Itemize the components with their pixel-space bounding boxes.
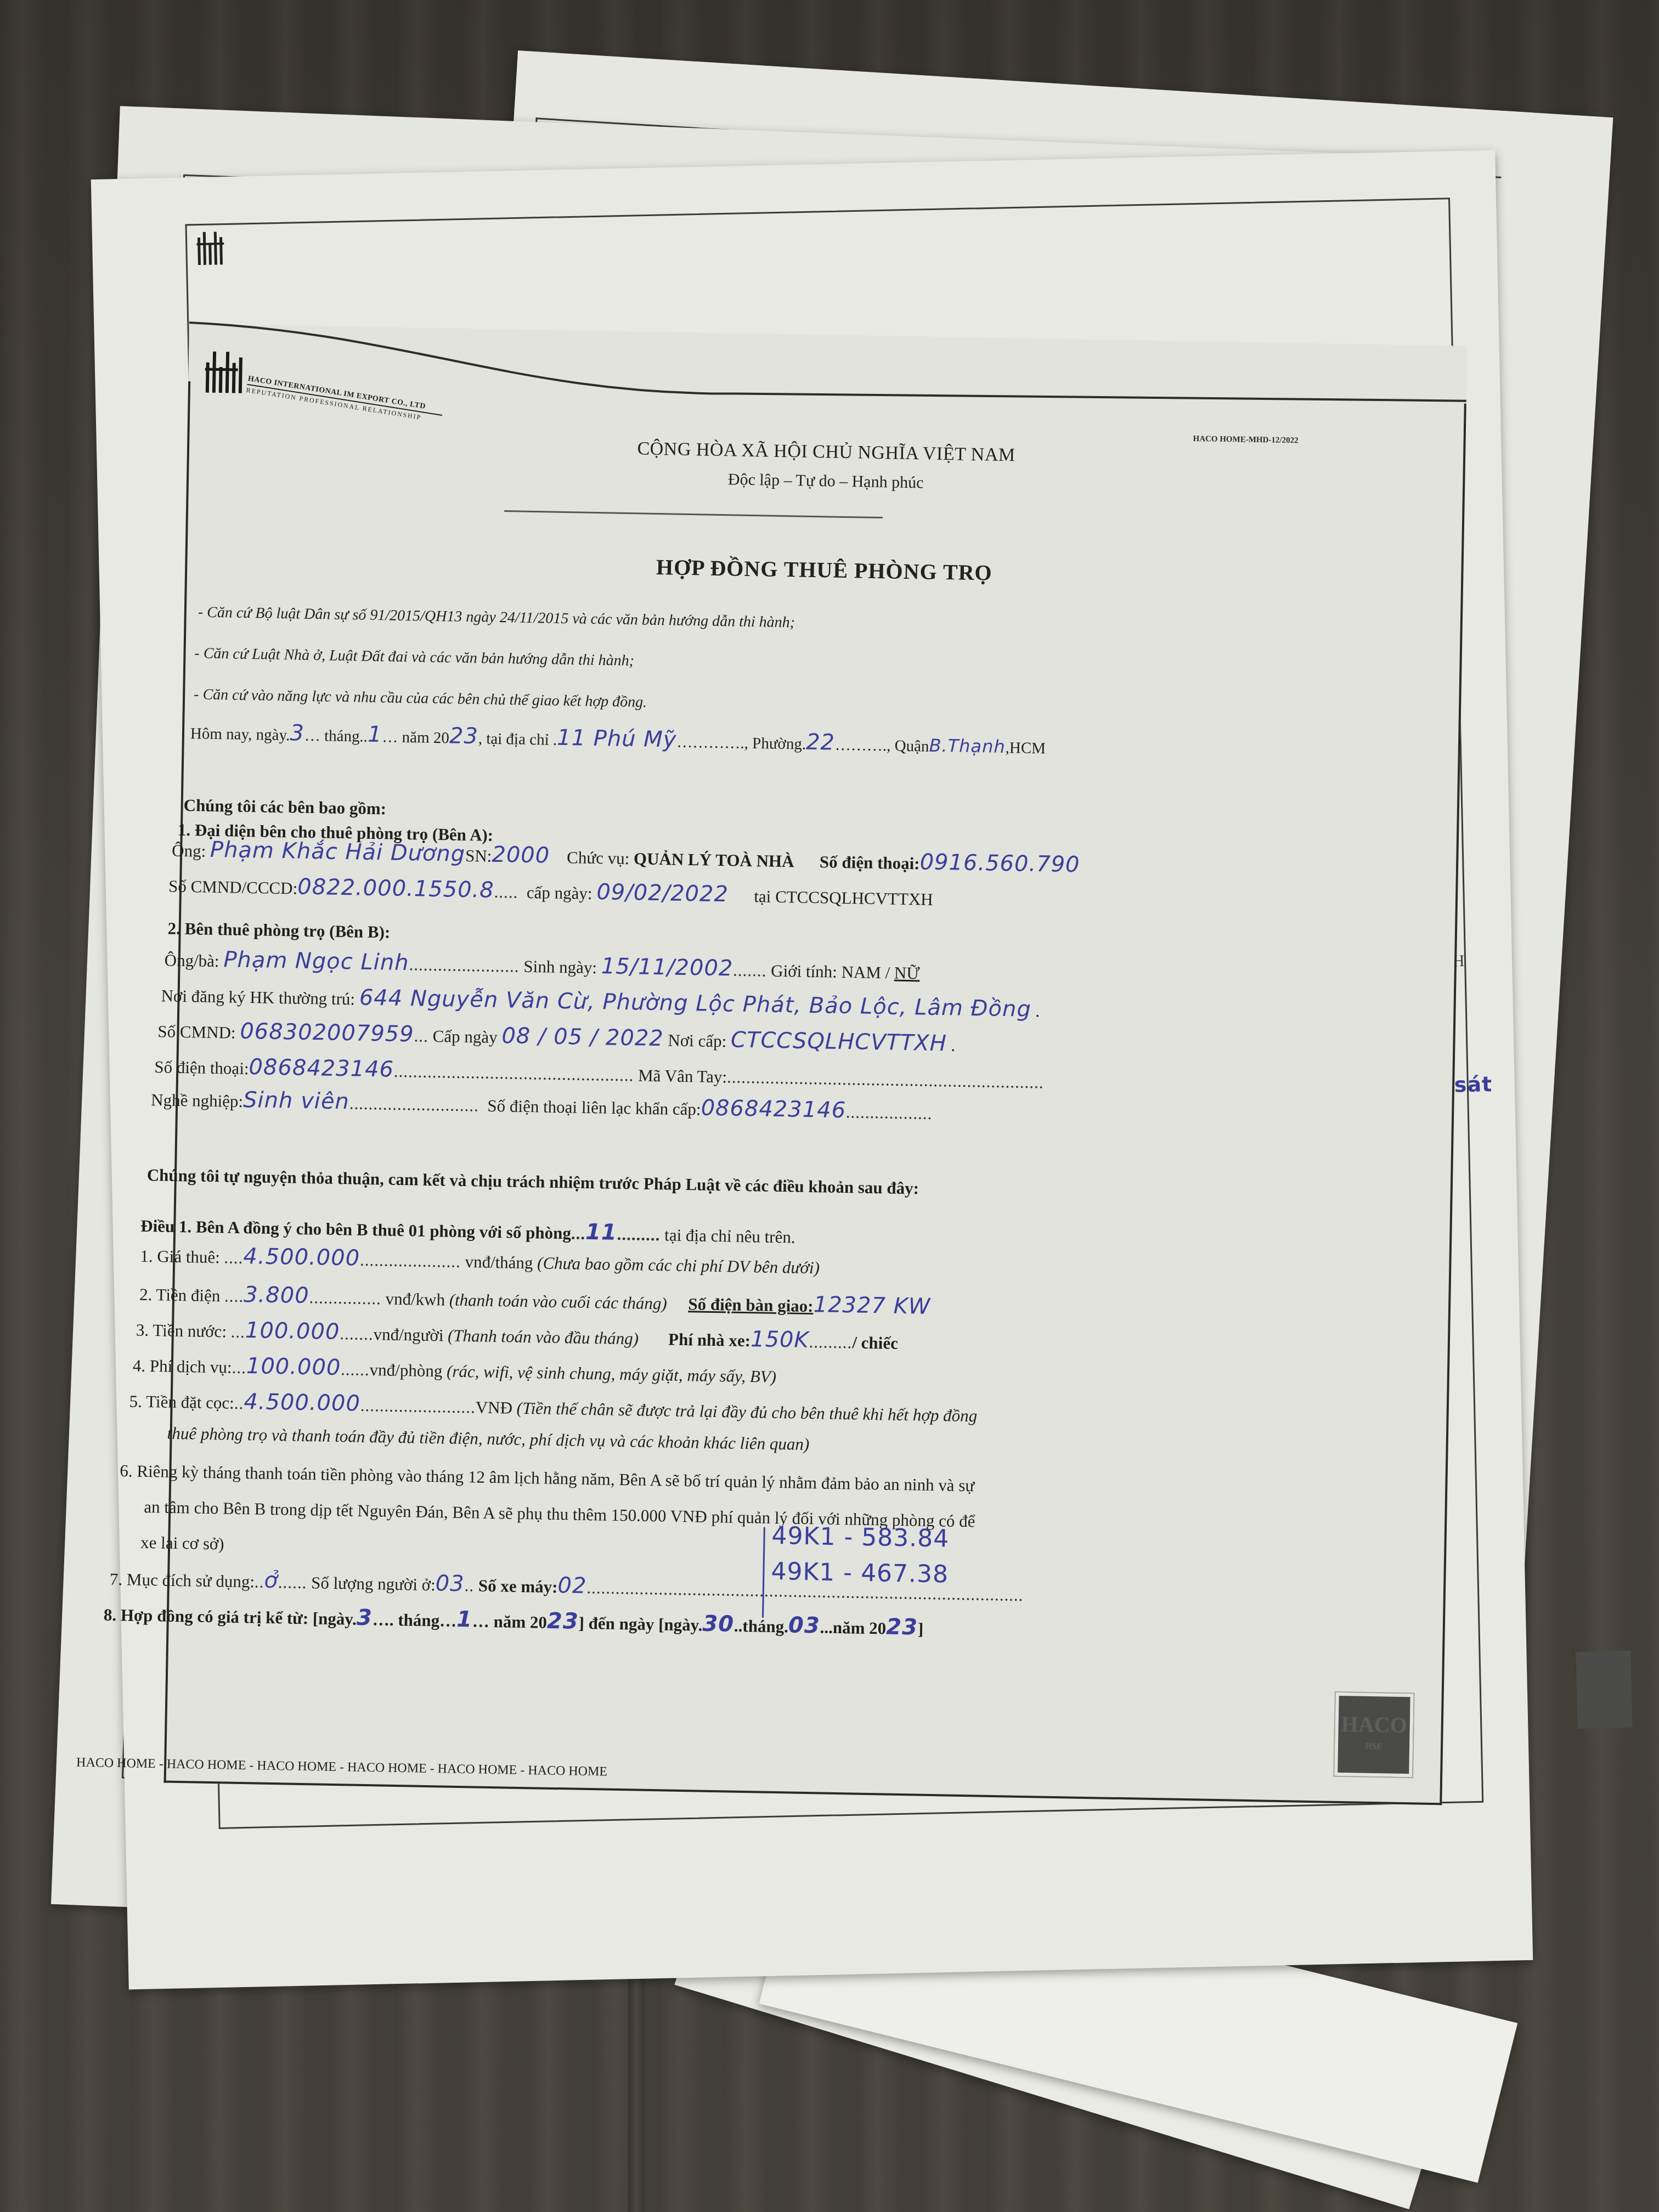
- contract-year: 23: [449, 723, 479, 749]
- party-b-id: 068302007959: [240, 1019, 414, 1047]
- party-a-name: Phạm Khắc Hải Dương: [210, 837, 466, 867]
- party-a-issue-date: 09/02/2022: [596, 879, 729, 907]
- room-number: 11: [585, 1220, 617, 1245]
- party-b-dob: 15/11/2002: [601, 953, 733, 981]
- meter-reading: 12327 KW: [813, 1292, 931, 1319]
- start-day: 3: [357, 1605, 373, 1630]
- haco-logo-icon: [205, 346, 250, 396]
- electric-price: 3.800: [244, 1282, 309, 1308]
- district: B.Thạnh: [929, 735, 1006, 757]
- parties-heading: Chúng tôi các bên bao gồm:: [183, 795, 386, 819]
- party-a-issue-place: tại CTCCSQLHCVTTXH: [754, 887, 933, 909]
- deposit-amount: 4.500.000: [244, 1389, 360, 1417]
- license-plate-1: 49K1 - 583.84: [771, 1522, 949, 1553]
- contract-month: 1: [368, 722, 382, 747]
- party-a-id: 0822.000.1550.8: [297, 874, 494, 903]
- party-b-job: Sinh viên: [243, 1087, 349, 1114]
- contract-day: 3: [290, 720, 304, 746]
- ward: 22: [806, 730, 836, 755]
- party-b-issue-date: 08 / 05 / 2022: [501, 1023, 664, 1051]
- party-b-phone: 0868423146: [249, 1054, 394, 1082]
- term-tet-3: xe lại cơ sở): [140, 1533, 224, 1554]
- party-a-phone: 0916.560.790: [919, 849, 1080, 877]
- property-address: 11 Phú Mỹ: [557, 725, 677, 753]
- start-month: 1: [456, 1607, 473, 1632]
- parking-fee: 150K: [751, 1327, 809, 1353]
- party-b-name: Phạm Ngọc Linh: [223, 947, 409, 975]
- haco-logo-icon: [196, 228, 246, 268]
- document-code: HACO HOME-MHD-12/2022: [1193, 435, 1298, 445]
- end-year: 23: [886, 1615, 918, 1640]
- party-a-birth-year: 2000: [492, 842, 550, 868]
- motorbike-count: 02: [557, 1573, 587, 1599]
- occupant-count: 03: [435, 1571, 465, 1596]
- end-month: 03: [788, 1612, 820, 1638]
- party-b-emergency-phone: 0868423146: [701, 1095, 846, 1123]
- end-day: 30: [702, 1611, 734, 1637]
- rental-contract-page: HACO INTERNATIONAL IM EXPORT CO., LTD RE…: [164, 324, 1468, 1805]
- party-b-gender: NỮ: [894, 963, 920, 983]
- service-fee: 100.000: [246, 1353, 341, 1380]
- start-year: 23: [547, 1609, 579, 1634]
- party-a-role: QUẢN LÝ TOÀ NHÀ: [634, 849, 794, 871]
- usage-purpose: ở: [264, 1568, 278, 1593]
- rent-amount: 4.500.000: [243, 1244, 360, 1271]
- party-b-issue-place: CTCCSQLHCVTTXH: [731, 1027, 947, 1056]
- background-stamp: [1576, 1651, 1633, 1729]
- water-price: 100.000: [245, 1318, 340, 1345]
- party-b-heading: 2. Bên thuê phòng trọ (Bên B):: [167, 918, 390, 942]
- haco-stamp: HACO HSE: [1334, 1692, 1414, 1777]
